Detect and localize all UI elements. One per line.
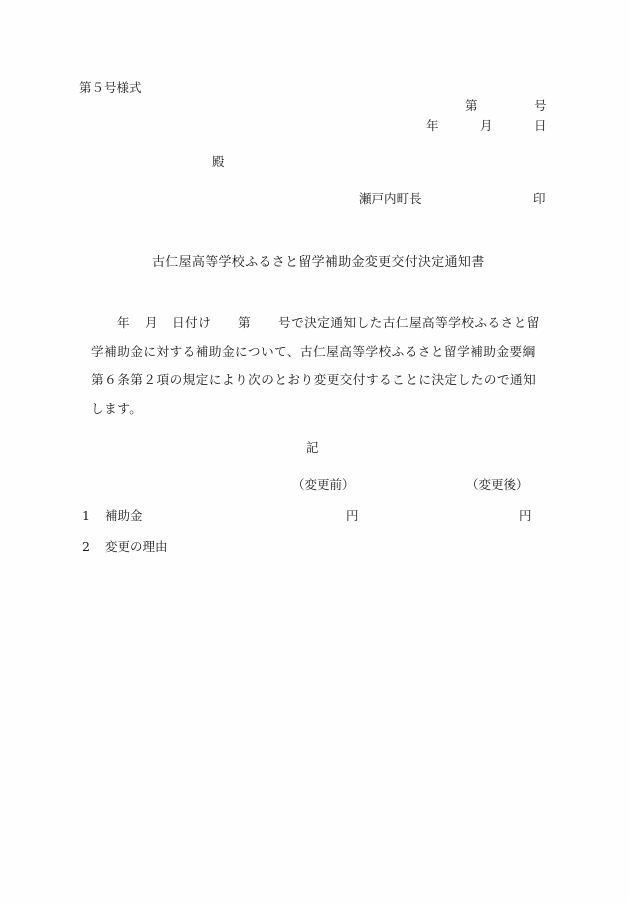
item-2-label: 変更の理由 [105, 541, 168, 554]
document-title: 古仁屋高等学校ふるさと留学補助金変更交付決定通知書 [152, 256, 485, 269]
item-1-after-unit: 円 [519, 510, 532, 523]
body-month: 月 [145, 317, 158, 330]
date-year: 年 [426, 120, 439, 133]
form-label: 第５号様式 [79, 82, 142, 95]
item-1-before-unit: 円 [346, 510, 359, 523]
issuer-name: 瀬戸内町長 [359, 193, 422, 206]
body-dai: 第 [238, 317, 251, 330]
body-line-3: 第６条第２項の規定により次のとおり変更交付することに決定したので通知 [91, 374, 536, 387]
body-line1-rest: 号で決定通知した古仁屋高等学校ふるさと留 [278, 317, 540, 330]
date-day: 日 [534, 120, 547, 133]
number-suffix: 号 [534, 100, 547, 113]
body-day: 日付け [172, 317, 211, 330]
body-line-4: します。 [91, 403, 142, 416]
addressee-suffix: 殿 [212, 156, 225, 169]
column-after: （変更後） [466, 479, 529, 492]
date-month: 月 [480, 120, 493, 133]
seal-mark: 印 [533, 193, 546, 206]
item-2-number: 2 [82, 541, 90, 554]
item-1-number: 1 [82, 510, 90, 523]
body-line-2: 学補助金に対する補助金について、古仁屋高等学校ふるさと留学補助金要綱 [91, 346, 536, 359]
ki-heading: 記 [306, 442, 319, 455]
number-prefix: 第 [465, 100, 478, 113]
body-year: 年 [117, 317, 130, 330]
column-before: （変更前） [292, 479, 355, 492]
item-1-label: 補助金 [105, 510, 143, 523]
